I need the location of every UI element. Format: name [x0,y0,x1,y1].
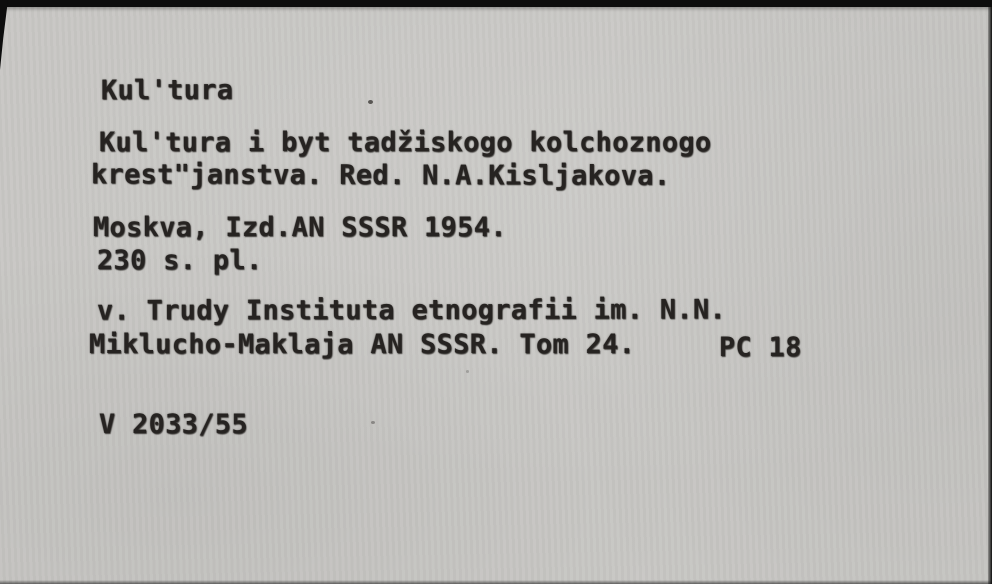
shelf-mark: PC 18 [719,331,802,365]
scan-edge-top [0,0,992,7]
title-line-2: krest"janstva. Red. N.A.Kisljakova. [91,158,671,194]
scanned-catalog-card: Kul'tura Kul'tura i byt tadžiskogo kolch… [0,0,992,584]
scan-edge-left [0,0,8,70]
ink-speck [368,100,373,104]
call-number: V 2033/55 [99,408,248,442]
title-line-1: Kul'tura i byt tadžiskogo kolchoznogo [99,126,712,160]
ink-speck [466,370,469,373]
heading-entry-word: Kul'tura [101,74,234,108]
scan-edge-bottom [0,580,992,584]
series-note-line-2: Miklucho-Maklaja AN SSSR. Tom 24. [89,328,635,362]
collation-line: 230 s. pl. [97,244,263,278]
scan-edge-right [988,0,992,584]
ink-speck [371,421,375,424]
imprint-line: Moskva, Izd.AN SSSR 1954. [93,211,507,245]
series-note-line-1: v. Trudy Instituta etnografii im. N.N. [97,293,726,328]
